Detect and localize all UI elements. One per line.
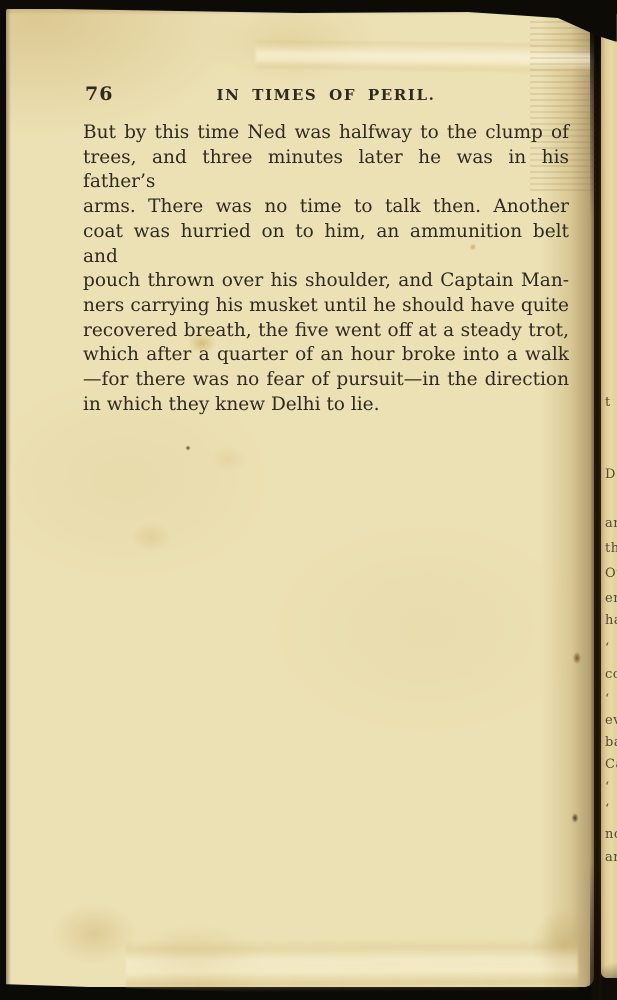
next-page-text-fragment: no	[605, 827, 617, 842]
next-page-text-fragment: th	[605, 541, 617, 556]
book-scan-photo: 76 IN TIMES OF PERIL. But by this time N…	[0, 0, 617, 1000]
page-header: 76 IN TIMES OF PERIL.	[83, 83, 569, 105]
next-page-text-fragment: are	[605, 850, 617, 865]
next-page-text-fragment: ‘	[605, 692, 610, 707]
next-page-text-fragment: ha	[605, 613, 617, 628]
body-line: in which they knew Delhi to lie.	[83, 393, 569, 418]
book-page: 76 IN TIMES OF PERIL. But by this time N…	[6, 9, 594, 987]
next-page-text-fragment: Ou	[605, 566, 617, 581]
body-line: —for there was no fear of pursuit—in the…	[83, 368, 569, 393]
body-line: pouch thrown over his shoulder, and Capt…	[83, 269, 569, 294]
body-line: coat was hurried on to him, an ammunitio…	[83, 220, 569, 269]
next-page-text-fragment: ar	[605, 516, 617, 531]
body-line: recovered breath, the five went off at a…	[83, 319, 569, 344]
next-page-text-fragment: ‘	[605, 780, 610, 795]
body-text: But by this time Ned was halfway to the …	[83, 121, 569, 417]
body-line: ners carrying his musket until he should…	[83, 294, 569, 319]
running-head: IN TIMES OF PERIL.	[83, 86, 569, 104]
next-page-text-fragment: t	[605, 395, 611, 410]
next-page-text-fragment: bac	[605, 735, 617, 750]
body-line: But by this time Ned was halfway to the …	[83, 121, 569, 146]
body-line: which after a quarter of an hour broke i…	[83, 343, 569, 368]
photo-corner-shadow	[576, 944, 617, 1000]
next-page-text-fragment: eri	[605, 591, 617, 606]
next-page-text-fragment: Ca	[605, 757, 617, 772]
next-page-text-fragment: ‘	[605, 802, 610, 817]
scan-streak-bottom	[126, 938, 578, 992]
next-page-text-fragment: co	[605, 667, 617, 682]
next-page-text-fragment: D	[605, 467, 616, 482]
body-line: arms. There was no time to talk then. An…	[83, 195, 569, 220]
next-page-text-fragment: ‘	[605, 641, 610, 656]
next-page-text-fragment: eve	[605, 713, 617, 728]
body-line: trees, and three minutes later he was in…	[83, 146, 569, 195]
next-page-edge: tDarthOueriha‘co‘evebacCa‘‘noare	[601, 14, 617, 978]
